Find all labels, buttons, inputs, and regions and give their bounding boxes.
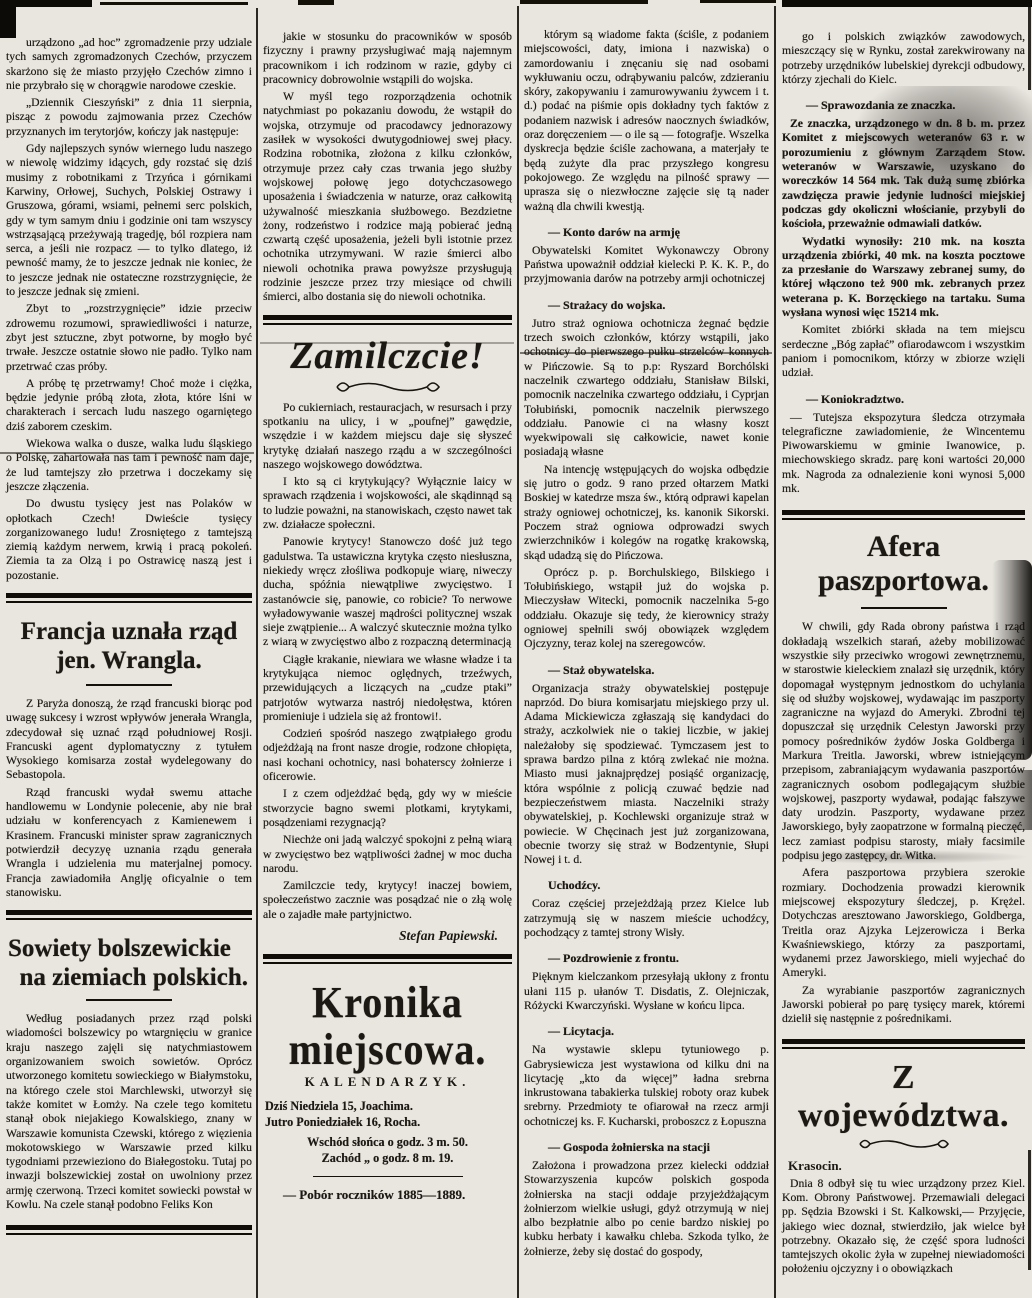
headline-line: Sowiety bolszewickie (6, 934, 252, 963)
headline-line: jen. Wrangla. (6, 646, 252, 675)
column-rule-2 (517, 6, 519, 1298)
paragraph: W chwili, gdy Rada obrony państwa i rząd… (782, 620, 1025, 863)
headline-underline (86, 999, 172, 1001)
paragraph: Ze znaczka, urządzonego w dn. 8 b. m. pr… (782, 117, 1025, 231)
article-headline: Sowiety bolszewickie na ziemiach polskic… (6, 934, 252, 992)
section-divider (6, 910, 252, 920)
article-sowiety: Sowiety bolszewickie na ziemiach polskic… (6, 934, 252, 1212)
paragraph: A próbę tę przetrwamy! Choć może i ciężk… (6, 377, 252, 434)
page-edge-rule (1028, 0, 1031, 90)
paragraph: Według posiadanych przez rząd polski wia… (6, 1012, 252, 1212)
paragraph: Wiekowa walka o dusze, walka ludu śląski… (6, 437, 252, 494)
paragraph: Panowie krytycy! Stanowczo dość już tego… (263, 535, 512, 649)
pobor-line: — Pobór roczników 1885—1889. (263, 1187, 512, 1203)
section-divider (6, 593, 252, 603)
page-edge-rule-2 (1028, 1150, 1031, 1270)
paragraph: jakie w stosunku do pracowników w sposób… (263, 30, 512, 87)
subhead-gospoda: — Gospoda żołnierska na stacji (524, 1140, 769, 1155)
paragraph: Rząd francuski wydał swemu attache handl… (6, 786, 252, 900)
paragraph: Pięknym kielczankom przesyłają ukłony z … (524, 970, 769, 1013)
paragraph: Komitet zbiórki składa na tem miejscu se… (782, 323, 1025, 380)
column-rule-1 (256, 8, 258, 1298)
article-wrangla: Francja uznała rząd jen. Wrangla. Z Pary… (6, 617, 252, 900)
paragraph: Po cukierniach, restauracjach, w resursa… (263, 401, 512, 472)
article-headline: Z województwa. (782, 1059, 1025, 1135)
article-afera: Afera paszportowa. W chwili, gdy Rada ob… (782, 530, 1025, 1026)
paragraph: I z czem odjeżdżać będą, gdy wy w mieści… (263, 787, 512, 830)
article-wojewodztwo: Z województwa. Krasocin. Dnia 8 odbył si… (782, 1059, 1025, 1277)
calendar-line: Dziś Niedziela 15, Joachima. (263, 1098, 512, 1114)
paragraph: Afera paszportowa przybiera szerokie roz… (782, 866, 1025, 980)
article-signature: Stefan Papiewski. (263, 928, 498, 944)
article-headline: Kronika miejscowa. (263, 979, 512, 1073)
subhead-uchodzcy: Uchodźcy. (524, 878, 769, 893)
paragraph: — Tutejsza ekspozytura śledcza otrzymała… (782, 411, 1025, 497)
paragraph: Gdy najlepszych synów wiernego ludu nasz… (6, 142, 252, 299)
flourish-ornament (333, 379, 443, 393)
paragraph: Obywatelski Komitet Wykonawczy Obrony Pa… (524, 244, 769, 287)
paragraph: Do dwustu tysięcy jest nas Polaków w opł… (6, 497, 252, 583)
calendar-divider (313, 1176, 463, 1177)
section-divider (263, 954, 512, 964)
paragraph: Wydatki wynosiły: 210 mk. na koszta urzą… (782, 235, 1025, 321)
locality-subhead: Krasocin. (782, 1158, 1025, 1174)
article-zamilczcie: Zamilczcie! Po cukierniach, restauracjac… (263, 335, 512, 944)
subhead-straz-obywatelska: — Staż obywatelska. (524, 663, 769, 678)
paragraph: W myśl tego rozporządzenia ochotnik naty… (263, 90, 512, 304)
calendar-line: Zachód „ o godz. 8 m. 19. (263, 1150, 512, 1166)
column-1: urządzono „ad hoc” zgromadzenie przy udz… (6, 0, 252, 1245)
paragraph: Założona i prowadzona przez kielecki odd… (524, 1159, 769, 1259)
calendar-line: Wschód słońca o godz. 3 m. 50. (263, 1134, 512, 1150)
subhead-licytacja: — Licytacja. (524, 1024, 769, 1039)
section-divider (263, 315, 512, 325)
paragraph: „Dziennik Cieszyński” z dnia 11 sierpnia… (6, 96, 252, 139)
newspaper-page: urządzono „ad hoc” zgromadzenie przy udz… (0, 0, 1032, 1298)
headline-line: Francja uznała rząd (6, 617, 252, 646)
paragraph: którym są wiadome fakta (ściśle, z podan… (524, 28, 769, 214)
headline-line: na ziemiach polskich. (6, 963, 252, 992)
paragraph: Oprócz p. p. Borchulskiego, Bilskiego i … (524, 566, 769, 652)
column-3: którym są wiadome fakta (ściśle, z podan… (524, 0, 769, 1262)
paragraph: go i polskich związków zawodowych, miesz… (782, 30, 1025, 87)
paragraph: Na wystawie sklepu tytuniowego p. Gabrys… (524, 1043, 769, 1129)
kalendarzyk-subhead: KALENDARZYK. (263, 1074, 512, 1090)
article-headline: Francja uznała rząd jen. Wrangla. (6, 617, 252, 675)
section-divider (782, 1039, 1025, 1049)
paragraph: Na intencję wstępujących do wojska odbęd… (524, 463, 769, 563)
paragraph: Z Paryża donoszą, że rząd francuski bior… (6, 697, 252, 783)
section-divider (6, 1225, 252, 1235)
article-headline: Afera paszportowa. (782, 530, 1025, 598)
subhead-konto: — Konto darów na armję (524, 225, 769, 240)
headline-underline (861, 607, 947, 609)
paragraph: Organizacja straży obywatelskiej postępu… (524, 682, 769, 868)
paragraph: Zamilczcie tedy, krytycy! inaczej bowiem… (263, 879, 512, 922)
subhead-strazacy: — Strażacy do wojska. (524, 298, 769, 313)
calendar-line: Jutro Poniedziałek 16, Rocha. (263, 1114, 512, 1130)
subhead-sprawozdania: — Sprawozdania ze znaczka. (782, 98, 1025, 113)
article-headline: Zamilczcie! (263, 335, 512, 377)
paragraph: Codzień spośród naszego zwątpiałego grod… (263, 727, 512, 784)
column-4: go i polskich związków zawodowych, miesz… (782, 0, 1025, 1280)
subhead-pozdrowienie: — Pozdrowienie z frontu. (524, 951, 769, 966)
paragraph: Ciągłe krakanie, niewiara we własne wład… (263, 653, 512, 724)
column-rule-3 (774, 6, 776, 1298)
article-kronika: Kronika miejscowa. KALENDARZYK. Dziś Nie… (263, 984, 512, 1203)
column-2: jakie w stosunku do pracowników w sposób… (263, 0, 512, 1203)
paragraph: Jutro straż ogniowa ochotnicza żegnać bę… (524, 317, 769, 460)
paragraph: urządzono „ad hoc” zgromadzenie przy udz… (6, 36, 252, 93)
paragraph: Coraz częściej przejeżdżają przez Kielce… (524, 897, 769, 940)
paragraph: Zbyt to „rozstrzygnięcie” idzie przeciw … (6, 302, 252, 373)
paragraph: I kto są ci krytykujący? Wyłącznie laicy… (263, 475, 512, 532)
paragraph: Niechże oni jadą walczyć spokojni z pełn… (263, 833, 512, 876)
subhead-koniokradztwo: — Koniokradztwo. (782, 392, 1025, 407)
section-divider (782, 510, 1025, 520)
paragraph: Za wyrabianie paszportów zagranicznych J… (782, 984, 1025, 1027)
paragraph: Dnia 8 odbył się tu wiec urządzony przez… (782, 1177, 1025, 1277)
flourish-ornament (856, 1137, 952, 1150)
headline-underline (86, 684, 172, 686)
